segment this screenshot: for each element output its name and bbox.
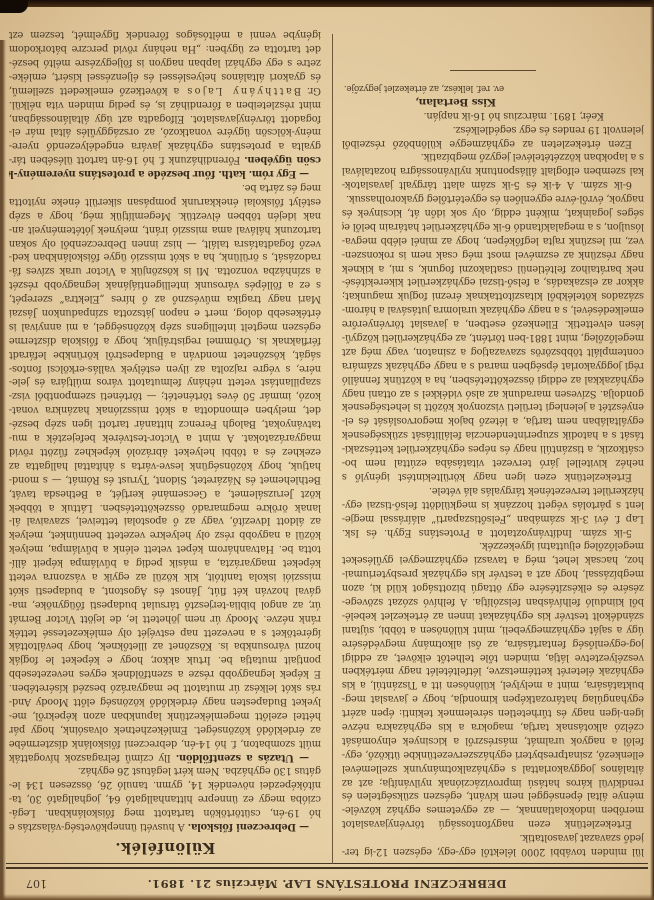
- text-line: és gyakori általános helyesléssel és élj…: [9, 69, 321, 83]
- text-line: megelőzőleg, mint 1881-ben történt, az e…: [342, 330, 644, 344]
- text-line: egyhangúlag határozatképen kimondja, hog…: [342, 691, 644, 705]
- text-line: s ez a föllépés városunk intelligentiájá…: [9, 277, 321, 291]
- text-line: lanak örökre megmaradó összeköttetésben.…: [9, 500, 321, 514]
- column-right: Különfélék. — Debreczeni főiskola. A hus…: [9, 27, 321, 858]
- text-line: szándékolt testvér kis egyházakat innen …: [342, 608, 644, 622]
- text-line: egyáltalában nem tartja, a létező bajok …: [342, 414, 644, 428]
- text-line: kozó, immár 50 éves történetét; — történ…: [9, 389, 321, 403]
- text-line: Gr. Batthyány Lajos a következő emelkede…: [9, 83, 321, 97]
- text-line: ellenkező, zsinatpresbyteri egyházszerve…: [342, 747, 644, 761]
- scanned-page: DEBRECZENI PROTESTÁNS LAP. Márczius 21. …: [0, 0, 654, 900]
- text-line: Értekezletünk ezen nagyfontosságú törvén…: [342, 816, 644, 830]
- page-edge-left: [0, 40, 6, 900]
- text-line: csön ügyében. Főrendiházunk f. hó 16-án …: [9, 152, 321, 166]
- text-line: hoz, hacsak lehet, még a tavaszi egyházm…: [342, 552, 644, 566]
- text-line: ígéretöket s a nevezett nap estvéjét oly…: [9, 625, 321, 639]
- text-line: s a lapokban közzétételével jegyző megbí…: [342, 150, 644, 164]
- text-line: egészen megtelt intelligens szép közönsé…: [9, 319, 321, 333]
- text-line: jelenvolt 19 rendes és egy segédlelkész.: [342, 122, 644, 136]
- text-line: emelkedésével, s a nagy egyházak uralomr…: [342, 302, 644, 316]
- column-left: lül minden további 2000 lélektől egy-egy…: [342, 27, 644, 858]
- text-line: Keér, 1891. márczius hó 16-ik napján.: [342, 108, 644, 122]
- text-line: — Egy róm. kath. főur beszéde a protestá…: [9, 166, 321, 180]
- text-line: hozni városunkba is. Köszönet az illetők…: [9, 639, 321, 653]
- text-line: nek barátaihoz feltétlenül csatlakozni f…: [342, 261, 644, 275]
- text-line: nagy részünk az eszmével most még csak n…: [342, 247, 644, 261]
- text-line: lyeket Budapesten nagy érdeklődő közönsé…: [9, 694, 321, 708]
- text-line: Ezen értekezleten az egyházmegye különbö…: [342, 136, 644, 150]
- text-line: veszélyeztetve látja, minden tőle telhet…: [342, 650, 644, 664]
- text-line: lésen elvettetik. Ellenkező esetben, a j…: [342, 316, 644, 330]
- text-line: ságát, köszönetet mondván a Budapestről …: [9, 347, 321, 361]
- text-line: estélyt főiskolai énekkarunk pompásan si…: [9, 194, 321, 208]
- page-number: 107: [26, 877, 47, 890]
- text-line: vező fogadtatásra talált, — hisz innen D…: [9, 236, 321, 250]
- text-line: E képek legnagyobb része a szentföldnek …: [9, 666, 321, 680]
- text-line: radozását, s örülünk, ha a skót misszió …: [9, 250, 321, 264]
- text-line: gátus 130 egyházba. Nem kért legátust 26…: [9, 764, 321, 778]
- text-line: lül minden további 2000 lélektől egy-egy…: [342, 844, 644, 858]
- text-line: egyházak életerét kettémetszve, létfelté…: [342, 664, 644, 678]
- text-line: buktatására, mint a melylyel, különösen …: [342, 677, 644, 691]
- text-line: ezekhez és a többi helyeket ábrázoló kép…: [9, 444, 321, 458]
- text-line: pontjait mutatja be. Írtuk akkor, hogy e…: [9, 652, 321, 666]
- text-line: régi joggyakorlat épségben marad s a nag…: [342, 358, 644, 372]
- text-line: séges jogainkat, miként eddig, oly sok i…: [342, 205, 644, 219]
- text-line: hatjuk, hogy közönségünk lesve-várta s á…: [9, 458, 321, 472]
- text-line: nére, s végre rajzolta az ilyen estélyek…: [9, 361, 321, 375]
- text-line: czióba megy ez ünnepre hittanhallgató 64…: [9, 791, 321, 805]
- text-line: megelőzőleg eljuttatni igyekezzék.: [342, 539, 644, 553]
- text-line: jog-egyenlőség fentartására, az ősi alko…: [342, 636, 644, 650]
- header-rule: [6, 863, 648, 869]
- text-line: rás skót lelkész úr mutatott be magyaráz…: [9, 680, 321, 694]
- text-line: szapillantást vetett néhány felmutatott …: [9, 375, 321, 389]
- text-line: az érdeklődő közönséget. Emlékezhetnek o…: [9, 722, 321, 736]
- text-line: czélzó alkotásnak tartja, magokra a kis …: [342, 719, 644, 733]
- text-line: lósuljon, s a megalakítandó 6-ik egyházk…: [342, 219, 644, 233]
- text-line: általános joggyakorlattal s egyházalkotm…: [342, 761, 644, 775]
- page-header: DEBRECZENI PROTESTÁNS LAP. Márczius 21. …: [0, 872, 654, 891]
- text-line: hó 19-én, csütörtökön tartatott meg főis…: [9, 805, 321, 819]
- text-line: közül a nagyobb rész oly helyekre vezete…: [9, 527, 321, 541]
- text-line: képeket magyarázta, a másik pedig a bűvl…: [9, 555, 321, 569]
- text-line: százados kötelékből kitaszítottaknak ére…: [342, 288, 644, 302]
- text-line: tartozunk hálával ama misszió iránt, mel…: [9, 222, 321, 236]
- column-right-lines: — Debreczeni főiskola. A husvéti ünnepkö…: [9, 27, 321, 833]
- text-line: zésére és elkészítésére egy öttagú bizot…: [342, 580, 644, 594]
- text-line: 6-ik szám. A 4-ik és 5-ik szám alatt tár…: [342, 177, 644, 191]
- text-line: gyalta a protestáns egyházak javára enge…: [9, 138, 321, 152]
- text-line: értékesebb dolog, mert e napon játszotta…: [9, 305, 321, 319]
- text-line: totta be. Hatvanhárom képet vetett elénk…: [9, 541, 321, 555]
- text-line: Lap f. évi 3-ik számában „Felsőtiszapart…: [342, 511, 644, 525]
- text-line: missziói iskola tanítóit, kik közül az e…: [9, 569, 321, 583]
- text-line: nak idején többen élveztük. Megemlítjük …: [9, 208, 321, 222]
- text-line: merőben indokolatlannak, — az egyetemes …: [342, 802, 644, 816]
- text-line: Bethlehemet és Názáretet, Sidont, Tyrust…: [9, 472, 321, 486]
- text-line: jedő szavazat javasoltatik.: [342, 830, 644, 844]
- text-line: férfiaknak is. Örömmel registráljuk, hog…: [9, 333, 321, 347]
- text-line: det, melyben elmondotta a skót misszióna…: [9, 402, 321, 416]
- text-line: Mari nagy tragika művésznő az ő híres „E…: [9, 291, 321, 305]
- text-line: lent s pártolás végett hozzánk is megkül…: [342, 497, 644, 511]
- text-line: igénybe venni a méltóságos főrendek figy…: [9, 27, 321, 41]
- section-heading-kulonfelek: Különfélék.: [9, 839, 321, 856]
- text-line: egyházakkal az eddigi összeköttetésben, …: [342, 372, 644, 386]
- text-line: mint részleteiben a főrendiház is, és pe…: [9, 97, 321, 111]
- text-line: közt Jeruzsálemet, a Gecsemáné kertjét, …: [9, 486, 321, 500]
- text-line: Kiss Bertalan,: [342, 94, 644, 108]
- text-line: — Debreczeni főiskola. A husvéti ünnepkö…: [9, 819, 321, 833]
- text-line: ránk nézve. Moody úr nem jöhetett le, de…: [9, 611, 321, 625]
- text-line: gondolja. Szívesen maradunk az alsó vidé…: [342, 386, 644, 400]
- text-line: meg és zárta be.: [9, 180, 321, 194]
- text-line: megbízással, hogy azt a testvér kis egyh…: [342, 566, 644, 580]
- text-line: úr, az angol biblia-terjesztő társulat b…: [9, 597, 321, 611]
- text-line: rendkívül káros hatású improvizácziónak …: [342, 775, 644, 789]
- text-line: tatványokat, Balogh Ferencz hittanár tar…: [9, 416, 321, 430]
- text-line: héttel ezelőtt megemlékeztünk lapunkban …: [9, 708, 321, 722]
- text-columns: lül minden további 2000 lélektől egy-egy…: [0, 27, 654, 863]
- text-line: felől a nagyok uralmát, másrészről a kic…: [342, 733, 644, 747]
- text-line: úgy a saját egyházmegyebeli, mint különö…: [342, 622, 644, 636]
- text-line: vez, mi leszünk rajta legfőképen, hogy a…: [342, 233, 644, 247]
- text-line: fogadott törvényjavaslatot. Elfogadta az…: [9, 111, 321, 125]
- text-line: mény-kölcsön ügyére vonatkozó, az ország…: [9, 125, 321, 139]
- text-line: gával hozván két fiút, Jánost és Ágoston…: [9, 583, 321, 597]
- text-line: nehéz kivitellel járó tervezet vitatásáb…: [342, 455, 644, 469]
- text-line: tását s a hatodik szuperintendenczia fel…: [342, 427, 644, 441]
- text-line: ev. ref. lelkész, az értekezlet jegyzője…: [342, 80, 644, 94]
- text-line: — Utazás a szentföldön. Ily czímű felrag…: [9, 750, 321, 764]
- text-line: ménye által épenséggel nem kívánt, egész…: [342, 789, 644, 803]
- text-line: magyarázatokat. A mint a Victor-testvére…: [9, 430, 321, 444]
- page-edge-top: [0, 0, 654, 7]
- text-line: csátkozik, a tiszántúli nagy és népes eg…: [342, 441, 644, 455]
- page-corner-top-left: [0, 0, 28, 13]
- text-line: contemplált többszörös szavazatjog a zsi…: [342, 344, 644, 358]
- page-edge-right: [650, 0, 654, 900]
- text-line: az áldott Idvezítő, vagy az ő apostolai …: [9, 514, 321, 528]
- article-end-rule: [342, 63, 644, 80]
- text-line: det tartotta ez ügyben: „Ha nehány rövid…: [9, 41, 321, 55]
- text-line: nítóképezdei növendék 14, gymn. tanuló 2…: [9, 777, 321, 791]
- text-line: Értekezletünk ezen igen nagy körültekint…: [342, 469, 644, 483]
- text-line: a színházba vonzotta. Mi is köszönjük a …: [9, 263, 321, 277]
- text-line: ből kiinduló felhívásban felszólítja. A …: [342, 594, 644, 608]
- page-edge-bottom: [0, 894, 654, 900]
- text-line: nagyok, évről-évre egyenlően és egyetért…: [342, 191, 644, 205]
- text-line: akkor az elszakadás, a felső-tiszai egyh…: [342, 275, 644, 289]
- text-line: házkerület tervezetének tárgyalás alá vé…: [342, 483, 644, 497]
- masthead-title: DEBRECZENI PROTESTÁNS LAP. Márczius 21. …: [0, 877, 654, 891]
- text-line: kal szemben elfoglalt álláspontunk nyilv…: [342, 163, 644, 177]
- text-line: enyésztét a jelenlegi területi viszonyok…: [342, 400, 644, 414]
- text-line: múlt szombaton, f. hó 14-én, debreczeni …: [9, 736, 321, 750]
- text-line: zetre s egy egyházi lapban nagyon is föl…: [9, 55, 321, 69]
- text-line: 5-ik szám. Indítványoztatott a Protestán…: [342, 525, 644, 539]
- text-line: igen-igen nagy és tűrhetetlen sérelemnek…: [342, 705, 644, 719]
